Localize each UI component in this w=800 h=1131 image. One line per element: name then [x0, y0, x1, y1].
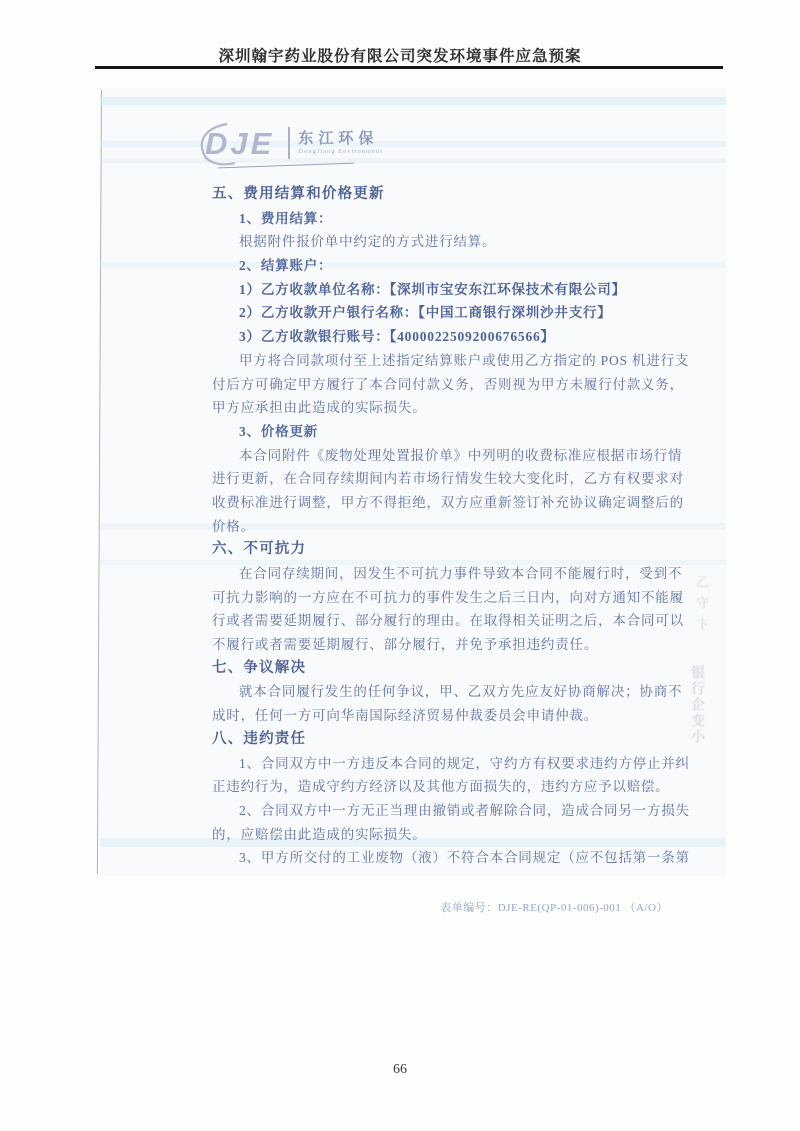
- body-line-1: 五、费用结算和价格更新: [212, 183, 672, 207]
- body-line-10: 甲方应承担由此造成的实际损失。: [212, 396, 672, 420]
- body-line-13: 进行更新，在合同存续期间内若市场行情发生较大变化时，乙方有权要求对: [212, 467, 672, 491]
- logo-name-cn: 东江环保: [298, 130, 383, 148]
- body-line-28: 的，应赔偿由此造成的实际损失。: [212, 823, 672, 847]
- body-line-9: 付后方可确定甲方履行了本合同付款义务，否则视为甲方未履行付款义务，: [212, 373, 672, 397]
- body-line-4: 2、结算账户：: [212, 254, 672, 278]
- logo-name-en: DongJiang Environment: [298, 148, 383, 156]
- dje-logo: DJE 东江环保 DongJiang Environment: [203, 120, 383, 166]
- body-line-11: 3、价格更新: [212, 420, 672, 444]
- body-line-20: 不履行或者需要延期履行、部分履行，并免予承担违约责任。: [212, 633, 672, 657]
- body-line-29: 3、甲方所交付的工业废物（液）不符合本合同规定（应不包括第一条第: [212, 846, 672, 870]
- body-line-14: 收费标准进行调整，甲方不得拒绝，双方应重新签订补充协议确定调整后的: [212, 491, 672, 515]
- body-line-27: 2、合同双方中一方无正当理由撤销或者解除合同，造成合同另一方损失: [212, 799, 672, 823]
- margin-bleedthrough-upper: 乙守卞: [692, 575, 711, 638]
- body-line-19: 行或者需要延期履行、部分履行的理由。在取得相关证明之后，本合同可以: [212, 609, 672, 633]
- body-line-25: 1、合同双方中一方违反本合同的规定，守约方有权要求违约方停止并纠: [212, 752, 672, 776]
- logo-divider: [288, 127, 290, 159]
- body-line-2: 1、费用结算：: [212, 207, 672, 231]
- body-line-18: 可抗力影响的一方应在不可抗力的事件发生之后三日内，向对方通知不能履: [212, 586, 672, 610]
- body-line-7: 3）乙方收款银行账号：【4000022509200676566】: [212, 325, 672, 349]
- body-line-12: 本合同附件《废物处理处置报价单》中列明的收费标准应根据市场行情: [212, 444, 672, 468]
- body-line-5: 1）乙方收款单位名称：【深圳市宝安东江环保技术有限公司】: [212, 278, 672, 302]
- body-text: 五、费用结算和价格更新1、费用结算：根据附件报价单中约定的方式进行结算。2、结算…: [212, 183, 672, 870]
- body-line-16: 六、不可抗力: [212, 538, 672, 562]
- body-line-24: 八、违约责任: [212, 728, 672, 752]
- form-number-note: 表单编号：DJE-RE(QP-01-006)-001 （A/O）: [0, 899, 668, 915]
- body-line-8: 甲方将合同款项付至上述指定结算账户或使用乙方指定的 POS 机进行支: [212, 349, 672, 373]
- body-line-23: 成时，任何一方可向华南国际经济贸易仲裁委员会申请仲裁。: [212, 704, 672, 728]
- dje-logo-mark: DJE: [203, 128, 280, 159]
- header-rule: [95, 66, 723, 69]
- body-line-15: 价格。: [212, 515, 672, 539]
- body-line-26: 正违约行为，造成守约方经济以及其他方面损失的，违约方应予以赔偿。: [212, 775, 672, 799]
- body-line-3: 根据附件报价单中约定的方式进行结算。: [212, 230, 672, 254]
- body-line-6: 2）乙方收款开户银行名称：【中国工商银行深圳沙井支行】: [212, 301, 672, 325]
- body-line-22: 就本合同履行发生的任何争议，甲、乙双方先应友好协商解决；协商不: [212, 680, 672, 704]
- body-line-21: 七、争议解决: [212, 657, 672, 681]
- page-number: 66: [0, 1062, 800, 1078]
- document-header-title: 深圳翰宇药业股份有限公司突发环境事件应急预案: [0, 44, 800, 66]
- body-line-17: 在合同存续期间，因发生不可抗力事件导致本合同不能履行时，受到不: [212, 562, 672, 586]
- margin-bleedthrough-lower: 银行企变小: [686, 665, 706, 745]
